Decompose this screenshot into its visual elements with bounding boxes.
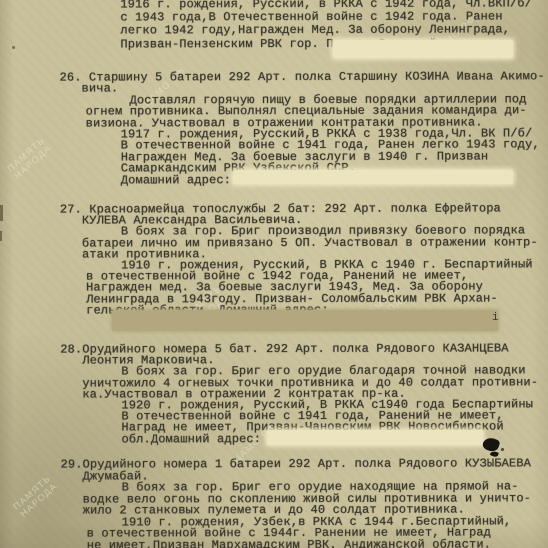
document-scan: ПАМЯТЬ НАРОДА ЦАМО РФ ЦАМО РФ ПАМЯТЬ НАР…	[0, 0, 548, 548]
entry-29-kuzybaev: 29.Орудийного номера 1 батареи 292 Арт. …	[60, 458, 548, 548]
scan-speck	[501, 448, 504, 451]
redacted-address-block-2	[233, 170, 513, 184]
document-text: 1916 г. рождения, Русский, в РККА с 1942…	[0, 0, 548, 548]
text-line: не имеет,Призван Мархамадским РВК. Андиж…	[87, 539, 548, 548]
redacted-address-block-1	[333, 40, 513, 58]
scan-edge-speck	[0, 231, 2, 241]
text-line: 26. Старшину 5 батареи 292 Арт. полка Ст…	[59, 71, 547, 84]
redacted-address-block-4	[267, 430, 483, 445]
stray-mark: i	[492, 312, 499, 324]
scan-edge-speck	[0, 205, 3, 221]
scan-speck	[12, 46, 15, 49]
entry-27-kulev: 27. Красноармейца топослужбы 2 бат: 292 …	[60, 203, 548, 316]
redacted-address-block-3	[112, 310, 498, 331]
